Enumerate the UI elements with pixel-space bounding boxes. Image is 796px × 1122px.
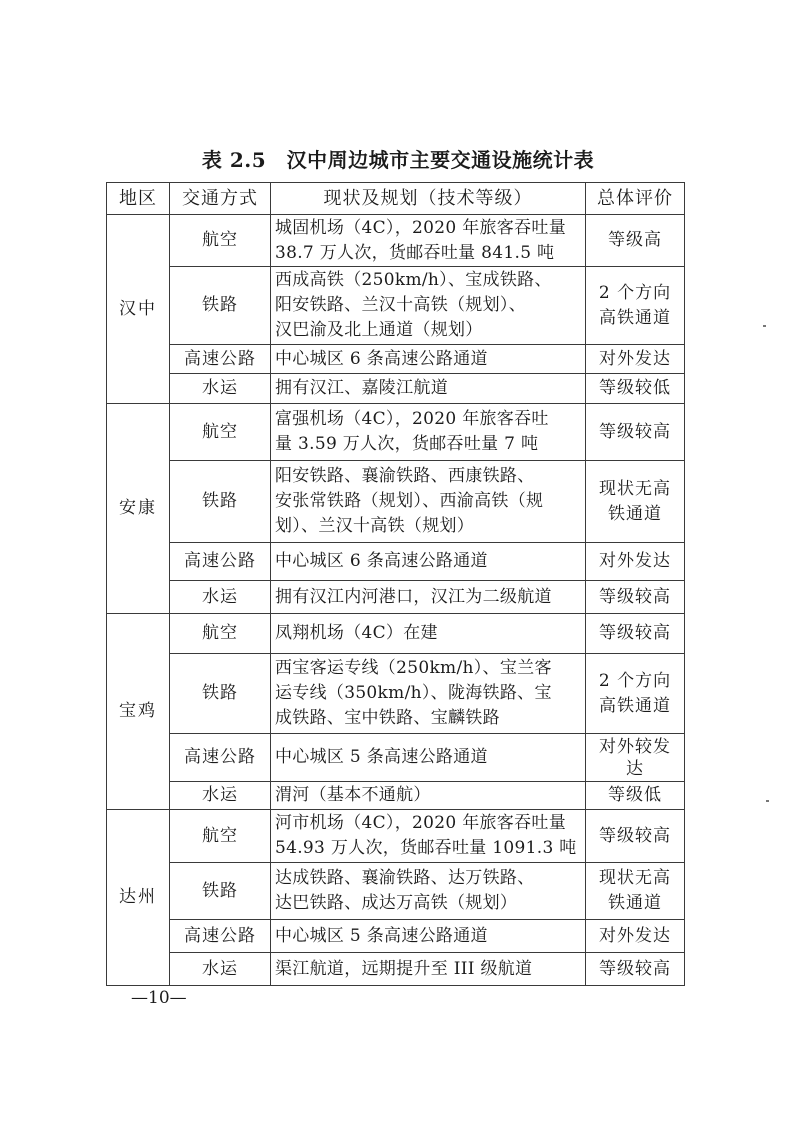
rating-cell: 等级低 (586, 782, 685, 810)
rating-cell: 现状无高 铁通道 (586, 461, 685, 543)
rating-cell: 等级较高 (586, 614, 685, 654)
detail-cell: 中心城区 5 条高速公路通道 (271, 920, 586, 953)
mode-cell: 高速公路 (170, 734, 271, 782)
table-row: 铁路 阳安铁路、襄渝铁路、西康铁路、 安张常铁路（规划）、西渝高铁（规 划）、兰… (107, 461, 685, 543)
mode-cell: 高速公路 (170, 920, 271, 953)
table-row: 高速公路 中心城区 5 条高速公路通道 对外较发 达 (107, 734, 685, 782)
detail-cell: 拥有汉江、嘉陵江航道 (271, 374, 586, 404)
mode-cell: 航空 (170, 614, 271, 654)
region-cell: 宝鸡 (107, 614, 170, 810)
table-caption: 表 2.5 汉中周边城市主要交通设施统计表 (0, 146, 796, 174)
header-status-and-plan: 现状及规划（技术等级） (271, 183, 586, 215)
detail-cell: 富强机场（4C），2020 年旅客吞吐 量 3.59 万人次，货邮吞吐量 7 吨 (271, 404, 586, 461)
mode-cell: 航空 (170, 215, 271, 267)
rating-cell: 2 个方向 高铁通道 (586, 654, 685, 734)
table-row: 水运 渠江航道，远期提升至 III 级航道 等级较高 (107, 953, 685, 986)
mode-cell: 航空 (170, 404, 271, 461)
mode-cell: 铁路 (170, 461, 271, 543)
scan-speck (766, 800, 769, 802)
rating-cell: 等级较高 (586, 581, 685, 614)
region-cell: 达州 (107, 810, 170, 986)
region-cell: 汉中 (107, 215, 170, 404)
detail-cell: 拥有汉江内河港口，汉江为二级航道 (271, 581, 586, 614)
rating-cell: 等级较低 (586, 374, 685, 404)
table-row: 水运 渭河（基本不通航） 等级低 (107, 782, 685, 810)
table-row: 水运 拥有汉江内河港口，汉江为二级航道 等级较高 (107, 581, 685, 614)
table-row: 高速公路 中心城区 6 条高速公路通道 对外发达 (107, 543, 685, 581)
detail-cell: 河市机场（4C），2020 年旅客吞吐量 54.93 万人次，货邮吞吐量 109… (271, 810, 586, 863)
mode-cell: 水运 (170, 782, 271, 810)
header-region: 地区 (107, 183, 170, 215)
region-cell: 安康 (107, 404, 170, 614)
detail-cell: 西成高铁（250km/h）、宝成铁路、 阳安铁路、兰汉十高铁（规划）、 汉巴渝及… (271, 267, 586, 345)
mode-cell: 水运 (170, 581, 271, 614)
detail-cell: 阳安铁路、襄渝铁路、西康铁路、 安张常铁路（规划）、西渝高铁（规 划）、兰汉十高… (271, 461, 586, 543)
table-row: 高速公路 中心城区 6 条高速公路通道 对外发达 (107, 345, 685, 374)
detail-cell: 达成铁路、襄渝铁路、达万铁路、 达巴铁路、成达万高铁（规划） (271, 863, 586, 920)
rating-cell: 等级较高 (586, 810, 685, 863)
table-row: 达州 航空 河市机场（4C），2020 年旅客吞吐量 54.93 万人次，货邮吞… (107, 810, 685, 863)
mode-cell: 铁路 (170, 267, 271, 345)
header-transport-mode: 交通方式 (170, 183, 271, 215)
rating-cell: 等级高 (586, 215, 685, 267)
detail-cell: 城固机场（4C），2020 年旅客吞吐量 38.7 万人次，货邮吞吐量 841.… (271, 215, 586, 267)
rating-cell: 等级较高 (586, 953, 685, 986)
detail-cell: 凤翔机场（4C）在建 (271, 614, 586, 654)
detail-cell: 中心城区 5 条高速公路通道 (271, 734, 586, 782)
mode-cell: 铁路 (170, 863, 271, 920)
rating-cell: 等级较高 (586, 404, 685, 461)
detail-cell: 中心城区 6 条高速公路通道 (271, 543, 586, 581)
rating-cell: 对外较发 达 (586, 734, 685, 782)
rating-cell: 2 个方向 高铁通道 (586, 267, 685, 345)
mode-cell: 铁路 (170, 654, 271, 734)
table-header-row: 地区 交通方式 现状及规划（技术等级） 总体评价 (107, 183, 685, 215)
detail-cell: 渭河（基本不通航） (271, 782, 586, 810)
detail-cell: 渠江航道，远期提升至 III 级航道 (271, 953, 586, 986)
page-number: —10— (131, 986, 187, 1010)
rating-cell: 对外发达 (586, 543, 685, 581)
table-row: 安康 航空 富强机场（4C），2020 年旅客吞吐 量 3.59 万人次，货邮吞… (107, 404, 685, 461)
table-row: 汉中 航空 城固机场（4C），2020 年旅客吞吐量 38.7 万人次，货邮吞吐… (107, 215, 685, 267)
mode-cell: 高速公路 (170, 345, 271, 374)
mode-cell: 高速公路 (170, 543, 271, 581)
rating-cell: 对外发达 (586, 345, 685, 374)
table-row: 铁路 达成铁路、襄渝铁路、达万铁路、 达巴铁路、成达万高铁（规划） 现状无高 铁… (107, 863, 685, 920)
detail-cell: 西宝客运专线（250km/h）、宝兰客 运专线（350km/h）、陇海铁路、宝 … (271, 654, 586, 734)
rating-cell: 对外发达 (586, 920, 685, 953)
table-row: 高速公路 中心城区 5 条高速公路通道 对外发达 (107, 920, 685, 953)
rating-cell: 现状无高 铁通道 (586, 863, 685, 920)
table-row: 宝鸡 航空 凤翔机场（4C）在建 等级较高 (107, 614, 685, 654)
table-row: 铁路 西成高铁（250km/h）、宝成铁路、 阳安铁路、兰汉十高铁（规划）、 汉… (107, 267, 685, 345)
mode-cell: 水运 (170, 374, 271, 404)
mode-cell: 水运 (170, 953, 271, 986)
transport-facilities-table: 地区 交通方式 现状及规划（技术等级） 总体评价 汉中 航空 城固机场（4C），… (106, 182, 685, 986)
table-row: 水运 拥有汉江、嘉陵江航道 等级较低 (107, 374, 685, 404)
mode-cell: 航空 (170, 810, 271, 863)
scan-speck (763, 325, 766, 327)
detail-cell: 中心城区 6 条高速公路通道 (271, 345, 586, 374)
header-overall-rating: 总体评价 (586, 183, 685, 215)
table-row: 铁路 西宝客运专线（250km/h）、宝兰客 运专线（350km/h）、陇海铁路… (107, 654, 685, 734)
